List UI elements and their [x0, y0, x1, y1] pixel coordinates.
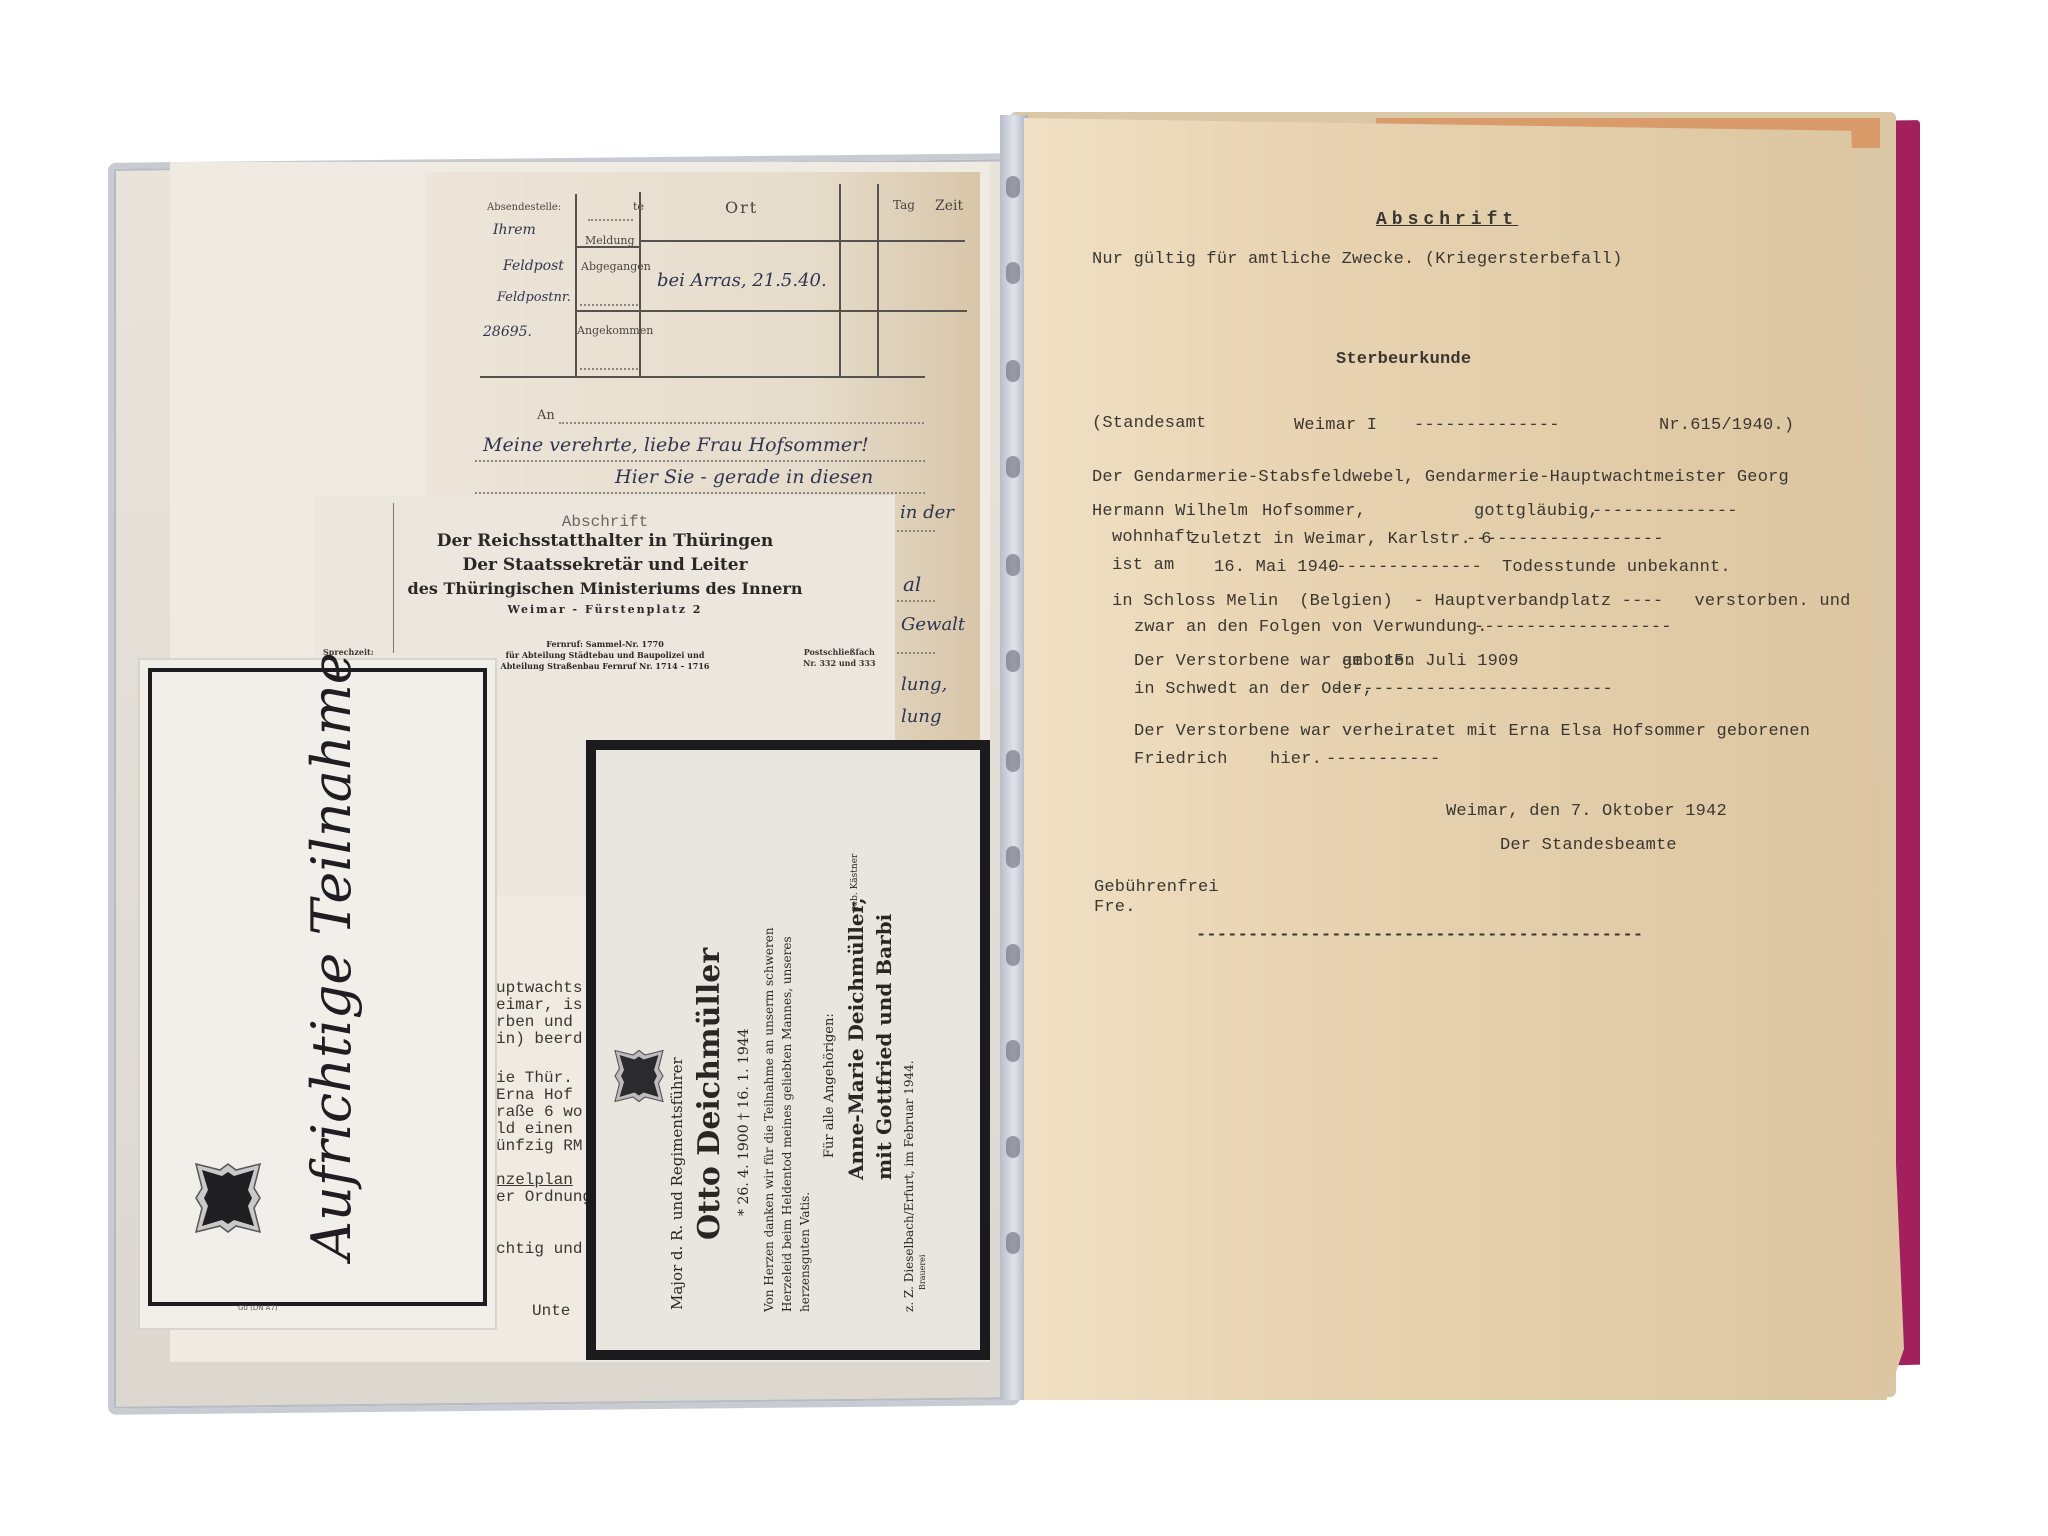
deceased-name: Otto Deichmüller	[692, 948, 727, 1240]
dash-filler: -----------	[1326, 750, 1440, 769]
letter-fragment: er Ordnung	[496, 1189, 592, 1206]
ring-hole	[1006, 554, 1020, 576]
registry-place: Weimar I	[1294, 416, 1377, 435]
ring-hole	[1006, 750, 1020, 772]
residence: zuletzt in Weimar, Karlstr. 6	[1190, 530, 1492, 549]
arrived-label: Angekommen	[577, 324, 653, 337]
time-header: Zeit	[935, 198, 963, 214]
ring-hole	[1006, 650, 1020, 672]
handwritten-sender: Feldpostnr.	[497, 290, 571, 305]
dotted-line	[580, 368, 638, 370]
table-rule	[639, 192, 641, 376]
table-rule	[877, 184, 879, 376]
surname: Hofsommer,	[1262, 502, 1366, 521]
handwritten-fragment: lung	[901, 706, 941, 727]
po-box: Postschließfach Nr. 332 und 333	[803, 647, 876, 669]
died-date: 16. Mai 1940	[1214, 558, 1339, 577]
fee-abbreviation: Fre.	[1094, 898, 1136, 917]
letter-fragment: chtig und	[496, 1240, 582, 1258]
dash-filler: ---------------	[1326, 558, 1482, 577]
handwritten-line: Hier Sie - gerade in diesen	[615, 466, 873, 488]
letterhead-line2: Der Staatssekretär und Leiter	[315, 555, 895, 575]
children-names: mit Gottfried und Barbi	[872, 914, 896, 1180]
spouse-suffix: hier.	[1270, 750, 1322, 769]
letter-fragment: Erna Hof	[496, 1087, 582, 1104]
place-date: Weimar, den 7. Oktober 1942	[1446, 802, 1727, 821]
handwritten-greeting: Meine verehrte, liebe Frau Hofsommer!	[483, 434, 869, 456]
letter-fragment: ld einen	[496, 1121, 582, 1138]
handwritten-fragment: Gewalt	[901, 614, 965, 635]
handwritten-fragment: lung,	[901, 674, 947, 695]
died-label: ist am	[1112, 556, 1174, 575]
widow-name: Anne-Marie Deichmüller,	[844, 897, 868, 1180]
letter-fragment-block: uptwachts eimar, is rben und in) beerd	[496, 980, 582, 1048]
official-title: Der Standesbeamte	[1500, 836, 1677, 855]
place-header: Ort	[725, 198, 758, 217]
printer: Brauerei	[918, 1255, 927, 1290]
po-box-label: Postschließfach	[803, 647, 876, 658]
letterhead-line3: des Thüringischen Ministeriums des Inner…	[315, 579, 895, 598]
signature-line: ----------------------------------------…	[1196, 926, 1643, 945]
letter-fragment-block: nzelplan er Ordnung	[496, 1172, 592, 1206]
dotted-line	[559, 422, 924, 424]
letter-fragment-block: ie Thür. Erna Hof raße 6 wo ld einen ünf…	[496, 1070, 582, 1155]
day-header: Tag	[893, 198, 915, 212]
rank-line: Der Gendarmerie-Stabsfeldwebel, Gendarme…	[1092, 468, 1789, 487]
handwritten-sender: Feldpost	[503, 258, 564, 274]
dash-filler: ---------------------------	[1332, 680, 1613, 699]
handwritten-sender-number: 28695.	[483, 324, 532, 340]
table-rule	[480, 376, 925, 378]
letter-fragment: uptwachts	[496, 980, 582, 997]
death-cause: zwar an den Folgen von Verwundung.	[1134, 618, 1488, 637]
iron-cross-icon	[192, 1160, 264, 1240]
certificate-title: Sterbeurkunde	[1336, 350, 1471, 369]
handwritten-place-date: bei Arras, 21.5.40.	[657, 270, 827, 291]
residence-label: wohnhaft	[1112, 528, 1195, 547]
spouse-maiden-name: Friedrich	[1134, 750, 1228, 769]
handwritten-fragment: al	[903, 572, 921, 596]
registry-number: Nr.615/1940.)	[1659, 416, 1794, 435]
ring-hole	[1006, 944, 1020, 966]
sender-label: Absendestelle:	[487, 202, 561, 213]
family-label: Für alle Angehörigen:	[822, 1013, 837, 1158]
thanks-line: herzensguten Vatis.	[798, 1192, 812, 1312]
widow-maiden-name: geb. Kästner	[850, 854, 860, 912]
handwritten-fragment: in der	[900, 502, 954, 523]
table-rule	[575, 194, 577, 376]
ring-hole	[1006, 176, 1020, 198]
ring-hole	[1006, 846, 1020, 868]
life-dates: * 26. 4. 1900 † 16. 1. 1944	[736, 1028, 752, 1216]
table-rule	[839, 184, 841, 376]
ring-hole	[1006, 1040, 1020, 1062]
given-names: Hermann Wilhelm	[1092, 502, 1248, 521]
handwritten-sender: Ihrem	[493, 222, 536, 238]
condolence-title: Aufrichtige Teilnahme	[300, 652, 363, 1260]
copy-stamp: Abschrift	[315, 513, 895, 531]
table-rule	[577, 246, 639, 248]
death-notice-card: Major d. R. und Regimentsführer Otto Dei…	[586, 740, 990, 1360]
table-rule	[639, 240, 965, 242]
validity-note: Nur gültig für amtliche Zwecke. (Krieger…	[1092, 250, 1623, 269]
thanks-line: Herzeleid beim Heldentod meines geliebte…	[780, 936, 794, 1312]
dash-filler: -------------------	[1474, 618, 1672, 637]
fee-note: Gebührenfrei	[1094, 878, 1219, 897]
death-hour: Todesstunde unbekannt.	[1502, 558, 1731, 577]
ring-hole	[1006, 1232, 1020, 1254]
letterhead-address: Weimar - Fürstenplatz 2	[315, 603, 895, 616]
dotted-line	[475, 492, 925, 494]
dash-filler: -------------------	[1466, 530, 1664, 549]
letter-fragment: raße 6 wo	[496, 1104, 582, 1121]
religion: gottgläubig,	[1474, 502, 1599, 521]
dotted-line	[580, 304, 638, 306]
condolence-card: Aufrichtige Teilnahme Gü (DN A7)	[140, 660, 495, 1328]
letter-fragment: rben und	[496, 1014, 582, 1031]
death-certificate: Abschrift Nur gültig für amtliche Zwecke…	[1024, 118, 1904, 1400]
heading: Abschrift	[1376, 210, 1518, 230]
table-rule	[577, 310, 967, 312]
married-line: Der Verstorbene war verheiratet mit Erna…	[1134, 722, 1810, 741]
rank: Major d. R. und Regimentsführer	[668, 1057, 686, 1310]
ring-hole	[1006, 456, 1020, 478]
ring-hole	[1006, 360, 1020, 382]
printer-mark: Gü (DN A7)	[238, 1304, 278, 1312]
letter-fragment: Unte	[532, 1302, 570, 1320]
letter-fragment: nzelplan	[496, 1172, 592, 1189]
registry-label: (Standesamt	[1092, 414, 1206, 433]
letterhead-line1: Der Reichsstatthalter in Thüringen	[315, 531, 895, 551]
dotted-line	[475, 460, 925, 462]
ring-hole	[1006, 1136, 1020, 1158]
born-date: am 15. Juli 1909	[1342, 652, 1519, 671]
letter-fragment: ünfzig RM	[496, 1138, 582, 1155]
letter-fragment: ie Thür.	[496, 1070, 582, 1087]
po-box-value: Nr. 332 und 333	[803, 658, 876, 669]
to-label: An	[537, 408, 555, 423]
ring-hole	[1006, 262, 1020, 284]
dash-filler: --------------	[1414, 416, 1560, 435]
letter-fragment: in) beerd	[496, 1031, 582, 1048]
place-date: z. Z. Dieselbach/Erfurt, im Februar 1944…	[902, 1060, 916, 1312]
iron-cross-icon	[612, 1046, 666, 1110]
death-place: in Schloss Melin (Belgien) - Hauptverban…	[1112, 592, 1851, 611]
letter-fragment: eimar, is	[496, 997, 582, 1014]
dotted-line	[588, 219, 633, 221]
thanks-line: Von Herzen danken wir für die Teilnahme …	[762, 927, 776, 1312]
dash-filler: --------------	[1592, 502, 1738, 521]
